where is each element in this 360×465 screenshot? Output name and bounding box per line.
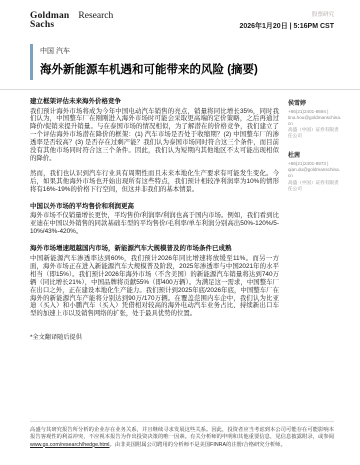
disclaimer-text: 高盛与其研究报告所分析的企业存在业务关系，并且继续寻求发展这些关系。因此，投资者… bbox=[30, 427, 334, 449]
article-column: 建立框架评估未来海外价格竞争 我们预计海外市场将成为今年中国电动汽车销售的亮点，… bbox=[30, 98, 279, 342]
section-heading: 建立框架评估未来海外价格竞争 bbox=[30, 98, 279, 106]
analyst-name: 侯雪婷 bbox=[288, 98, 342, 107]
analyst-sidebar: 侯雪婷 +86(21)2401-8694 | tina.hou@goldmans… bbox=[288, 98, 342, 342]
translation-footnote: *全文翻译随后提供 bbox=[30, 334, 279, 342]
research-label: Research bbox=[78, 12, 113, 21]
section-paragraph: 我们预计海外市场将成为今年中国电动汽车销售的亮点，销量将同比增长35%，同时我们… bbox=[30, 108, 279, 164]
report-body: 建立框架评估未来海外价格竞争 我们预计海外市场将成为今年中国电动汽车销售的亮点，… bbox=[0, 90, 360, 342]
section-heading: 中国以外市场的平均售价和利润更高 bbox=[30, 203, 279, 211]
disclaimer-segment: 高盛与其研究报告所分析的企业存在业务关系，并且继续寻求发展这些关系。因此，投资者… bbox=[30, 427, 334, 440]
section-paragraph: 然而，我们也认识到汽车行业具有周期性而且未来本地化生产要求有可能发生变化。今后，… bbox=[30, 170, 279, 194]
disclosure-link[interactable]: www.gs.com/research/hedge.html bbox=[30, 442, 110, 448]
report-footer: 高盛与其研究报告所分析的企业存在业务关系，并且继续寻求发展这些关系。因此，投资者… bbox=[30, 421, 334, 449]
analyst-company: 高盛（中国）证券有限责任公司 bbox=[288, 180, 342, 192]
analyst-email: qian.du@goldmanschina.cn bbox=[288, 167, 342, 179]
report-eyebrow: 中国 汽车 bbox=[40, 46, 334, 56]
disclaimer-segment: 。由非美国附属公司聘用的分析师不是美国FINRA的注册/合格研究分析师。 bbox=[110, 442, 286, 448]
report-datetime: 2026年1月20日 | 5:16PM CST bbox=[239, 21, 334, 31]
logo-line-sachs: Sachs bbox=[30, 21, 69, 30]
title-block: 中国 汽车 海外新能源车机遇和可能带来的风险 (摘要) bbox=[30, 44, 334, 80]
section-paragraph: 中国新能源汽车渗透率达到60%，我们预计2026年同比增速将放缓至11%。而另一… bbox=[30, 255, 279, 319]
report-header: Goldman Sachs Research 股票研究 2026年1月20日 |… bbox=[0, 0, 360, 31]
section-heading: 海外市场增速超越国内市场，新能源汽车大规模普及的市场条件已成熟 bbox=[30, 245, 279, 253]
goldman-sachs-logo: Goldman Sachs Research bbox=[30, 12, 113, 29]
analyst-company: 高盛（中国）证券有限责任公司 bbox=[288, 127, 342, 139]
section-paragraph: 海外市场不仅销量增长更快，平均售价/利润率/利润也高于国内市场。例如，我们看到比… bbox=[30, 212, 279, 236]
footer-divider bbox=[30, 421, 334, 422]
header-meta: 股票研究 2026年1月20日 | 5:16PM CST bbox=[239, 12, 334, 31]
analyst-email: tina.hou@goldmanschina.cn bbox=[288, 115, 342, 127]
analyst-card: 侯雪婷 +86(21)2401-8694 | tina.hou@goldmans… bbox=[288, 98, 342, 139]
goldman-sachs-wordmark: Goldman Sachs bbox=[30, 12, 69, 29]
analyst-card: 杜茜 +86(21)2401-8973 | qian.du@goldmansch… bbox=[288, 150, 342, 191]
equity-research-label: 股票研究 bbox=[239, 12, 334, 18]
analyst-name: 杜茜 bbox=[288, 150, 342, 159]
page-title: 海外新能源车机遇和可能带来的风险 (摘要) bbox=[40, 61, 334, 77]
